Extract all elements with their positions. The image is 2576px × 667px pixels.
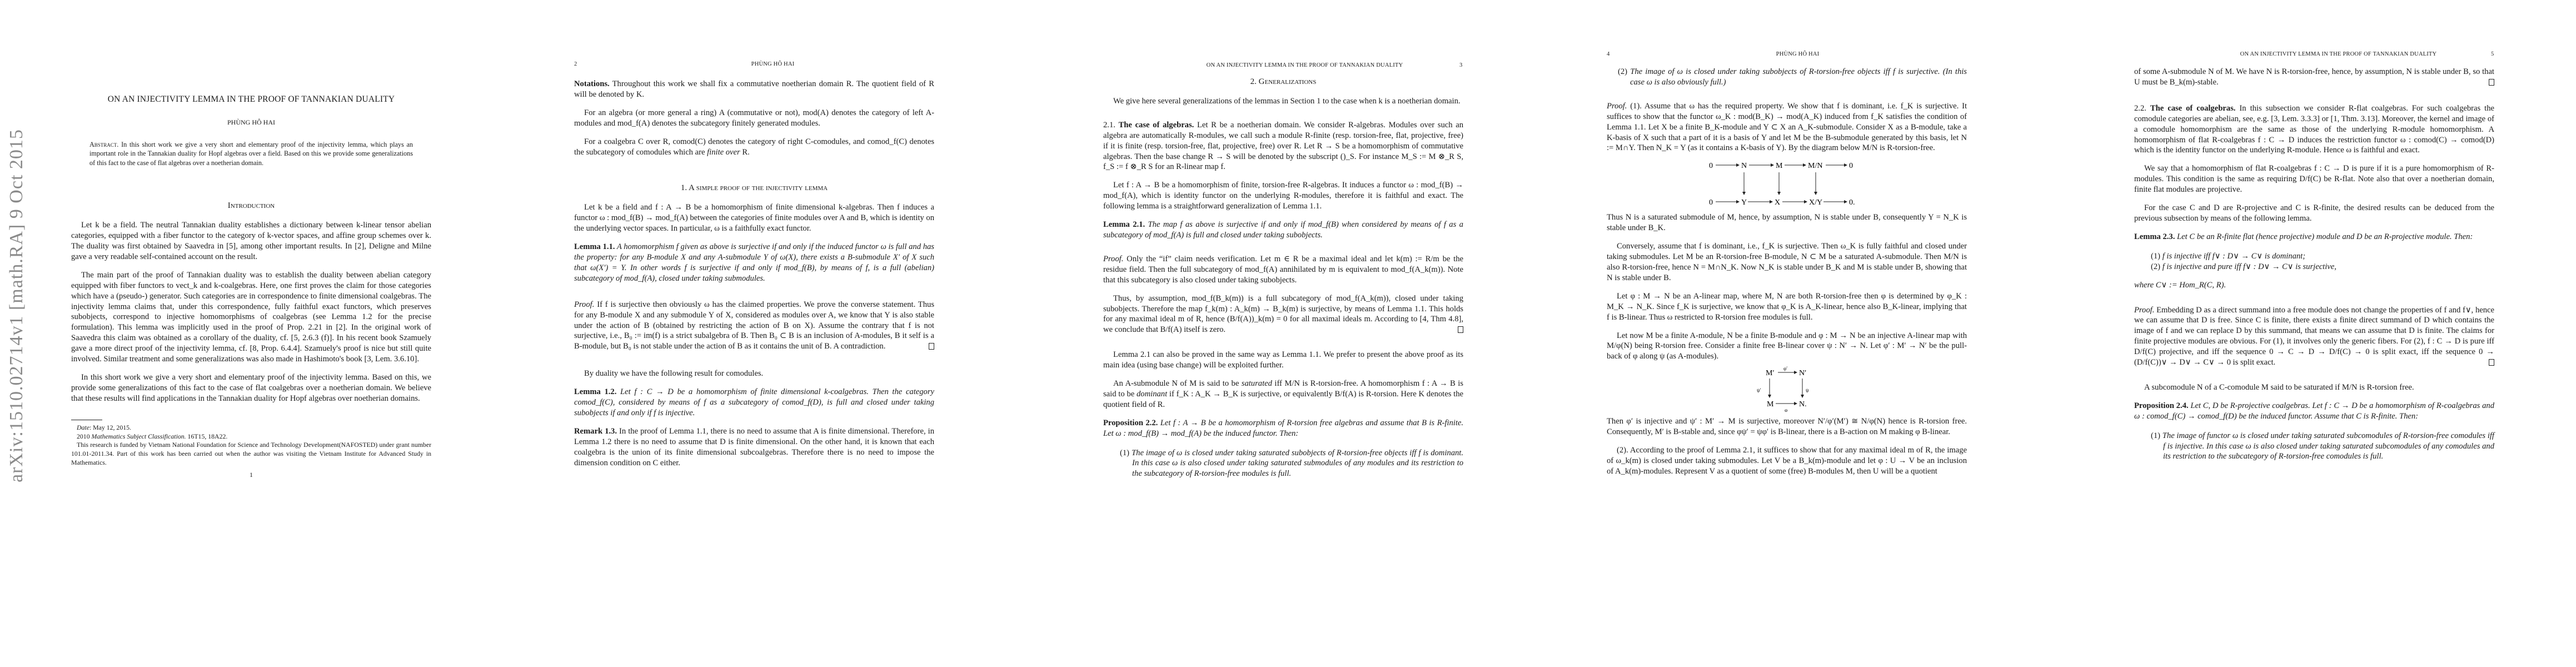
qed-symbol (2489, 79, 2494, 86)
emphasis: saturated (1242, 379, 1272, 388)
part-2-paragraph: (2). According to the proof of Lemma 2.1… (1607, 445, 1967, 477)
text-span: An A-submodule N of M is said to be (1113, 379, 1242, 388)
continued-proof: of some A-submodule N of M. We have N is… (2134, 67, 2494, 88)
let-now-paragraph: Let now M be a finite A-module, N be a f… (1607, 331, 1967, 362)
lemma-statement: Let C be an R-finite flat (hence project… (2175, 232, 2473, 241)
setup-paragraph: Let k be a field and f : A → B be a homo… (574, 202, 934, 234)
page-number: 5 (2491, 51, 2494, 57)
svg-text:0: 0 (1709, 198, 1713, 207)
abstract: Abstract. In this short work we give a v… (89, 140, 413, 168)
arxiv-stamp-text: arXiv:1510.02714v1 [math.RA] 9 Oct 2015 (6, 129, 27, 482)
page-1: arXiv:1510.02714v1 [math.RA] 9 Oct 2015 … (0, 0, 515, 667)
commutative-diagram-pullback: M′ N′ M N. φ′ φ ψ′ ψ (1753, 366, 1820, 412)
pure-definition: We say that a homomorphism of flat R-coa… (2134, 163, 2494, 195)
abstract-label: Abstract. (89, 141, 118, 148)
notations-text: Throughout this work we shall fix a comm… (574, 79, 934, 99)
page-1-body: ON AN INJECTIVITY LEMMA IN THE PROOF OF … (71, 94, 431, 480)
qed-symbol (929, 343, 934, 350)
item-text: f is injective iff f∨ : D∨ → C∨ is domin… (2163, 252, 2305, 261)
subsection-2-1: 2.1. The case of algebras. Let R be a no… (1103, 120, 1463, 173)
footnote-msc: 16T15, 18A22. (186, 432, 228, 440)
running-head-text: ON AN INJECTIVITY LEMMA IN THE PROOF OF … (1064, 62, 1546, 68)
generalizations-intro: We give here several generalizations of … (1103, 96, 1463, 107)
proof-proposition-2-2: Proof. (1). Assume that ω has the requir… (1607, 101, 1967, 154)
page-3-body: 2. Generalizations We give here several … (1103, 77, 1463, 479)
page-3: ON AN INJECTIVITY LEMMA IN THE PROOF OF … (1030, 0, 1546, 667)
abstract-text: In this short work we give a very short … (89, 141, 413, 167)
text-span: R. (740, 148, 750, 157)
svg-text:M/N: M/N (1808, 162, 1822, 170)
running-head-text: PHÙNG HÔ HAI (515, 61, 1030, 67)
lemma-label: Lemma 1.1. (574, 242, 615, 251)
footnote-msc-label: Mathematics Subject Classification. (92, 432, 186, 440)
text-span: For a coalgebra C over R, comod(C) denot… (574, 137, 934, 157)
svg-text:N: N (1741, 162, 1747, 170)
svg-text:N.: N. (1799, 400, 1807, 409)
lemma-2-3: Lemma 2.3. Let C be an R-finite flat (he… (2134, 232, 2494, 242)
item-text: The image of ω is closed under taking sa… (1132, 449, 1463, 479)
svg-text:φ: φ (1785, 407, 1787, 412)
svg-text:M: M (1776, 162, 1783, 170)
svg-text:0: 0 (1849, 162, 1853, 170)
lemma-2-3-item-1: (1) f is injective iff f∨ : D∨ → C∨ is d… (2146, 251, 2494, 262)
section-2-title: 2. Generalizations (1103, 77, 1463, 87)
emphasis: dominant (1137, 390, 1167, 399)
running-head-text: PHÙNG HÔ HAI (1534, 51, 2061, 57)
proof-label: Proof. (574, 300, 594, 309)
svg-text:N′: N′ (1799, 369, 1806, 377)
lemma-2-3-where: where C∨ := Hom_R(C, R). (2134, 280, 2494, 291)
proposition-label: Proposition 2.2. (1103, 419, 1158, 427)
remark-label: Remark 1.3. (574, 427, 617, 436)
page-5-body: of some A-submodule N of M. We have N is… (2134, 67, 2494, 462)
lemma-2-1: Lemma 2.1. The map f as above is surject… (1103, 220, 1463, 241)
intro-paragraph-1: Let k be a field. The neutral Tannakian … (71, 220, 431, 262)
remark-text: In the proof of Lemma 1.1, there is no n… (574, 427, 934, 467)
lemma-2-1-remark: Lemma 2.1 can also be proved in the same… (1103, 350, 1463, 371)
section-introduction-title: Introduction (71, 201, 431, 211)
lemma-statement: The map f as above is surjective if and … (1103, 220, 1463, 240)
notations-paragraph: Notations. Throughout this work we shall… (574, 79, 934, 100)
footnote-date-label: Date (77, 424, 89, 431)
page-5: ON AN INJECTIVITY LEMMA IN THE PROOF OF … (2061, 0, 2576, 667)
proof-label: Proof. (1103, 255, 1123, 263)
duality-paragraph: By duality we have the following result … (574, 369, 934, 379)
projective-case-paragraph: For the case C and D are R-projective an… (2134, 203, 2494, 224)
svg-text:ψ: ψ (1806, 387, 1809, 393)
item-number: (1) (2151, 431, 2160, 440)
section-1-title: 1. A simple proof of the injectivity lem… (574, 183, 934, 193)
svg-text:X: X (1775, 198, 1780, 207)
item-text: The image of ω is closed under taking su… (1630, 67, 1967, 87)
footnote-rule (71, 420, 102, 420)
proposition-2-2-item-2: (2) The image of ω is closed under takin… (1613, 67, 1967, 88)
page-number: 3 (1459, 62, 1462, 68)
footnotes: Date: May 12, 2015. 2010 Mathematics Sub… (71, 424, 431, 467)
emphasis: finite over (707, 148, 740, 157)
proposition-2-4: Proposition 2.4. Let C, D be R-projectiv… (2134, 401, 2494, 422)
lemma-statement: A homomorphism f given as above is surje… (574, 242, 934, 283)
commutative-diagram-exact-sequences: 0 N M M/N 0 0 Y X X/Y 0. (1703, 158, 1870, 208)
proof-text: of some A-submodule N of M. We have N is… (2134, 67, 2494, 87)
subsection-label: The case of coalgebras. (2150, 104, 2236, 113)
item-number: (2) (1618, 67, 1627, 76)
proposition-2-2: Proposition 2.2. Let f : A → B be a homo… (1103, 418, 1463, 439)
proposition-statement: Let C, D be R-projective coalgebras. Let… (2134, 401, 2494, 421)
svg-text:ψ′: ψ′ (1757, 387, 1761, 393)
footnote-msc-year: 2010 (77, 432, 92, 440)
proof-lemma-1-1: Proof. If f is surjective then obviously… (574, 300, 934, 352)
page-2-body: Notations. Throughout this work we shall… (574, 79, 934, 468)
svg-text:φ′: φ′ (1783, 366, 1787, 371)
functor-paragraph: Let f : A → B be a homomorphism of finit… (1103, 180, 1463, 212)
intro-paragraph-2: The main part of the proof of Tannakian … (71, 270, 431, 365)
subsection-label: The case of algebras. (1119, 121, 1194, 130)
phi-paragraph: Let φ : M → N be an A-linear map, where … (1607, 291, 1967, 323)
intro-paragraph-3: In this short work we give a very short … (71, 372, 431, 404)
proof-lemma-2-1: Proof. Only the “if” claim needs verific… (1103, 254, 1463, 286)
lemma-1-1: Lemma 1.1. A homomorphism f given as abo… (574, 242, 934, 284)
page-4: 4 PHÙNG HÔ HAI (2) The image of ω is clo… (1546, 0, 2061, 667)
svg-text:0.: 0. (1849, 198, 1855, 207)
paper-title: ON AN INJECTIVITY LEMMA IN THE PROOF OF … (71, 94, 431, 105)
proposition-label: Proposition 2.4. (2134, 401, 2189, 410)
subsection-number: 2.2. (2134, 104, 2146, 113)
subsection-2-2: 2.2. The case of coalgebras. In this sub… (2134, 103, 2494, 156)
coalgebra-notation-paragraph: For a coalgebra C over R, comod(C) denot… (574, 137, 934, 158)
svg-text:M′: M′ (1766, 369, 1775, 377)
notations-label: Notations. (574, 79, 610, 88)
item-text: f is injective and pure iff f∨ : D∨ → C∨… (2163, 262, 2336, 271)
proof-label: Proof. (2134, 306, 2154, 315)
lemma-2-3-item-2: (2) f is injective and pure iff f∨ : D∨ … (2146, 262, 2494, 272)
item-number: (2) (2151, 262, 2160, 271)
svg-text:M: M (1767, 400, 1774, 409)
page-2: 2 PHÙNG HÔ HAI Notations. Throughout thi… (515, 0, 1030, 667)
then-paragraph: Then φ′ is injective and ψ′ : M′ → M is … (1607, 416, 1967, 437)
page-number: 1 (71, 470, 431, 480)
footnote-funding: This research is funded by Vietnam Natio… (71, 441, 431, 467)
subsection-number: 2.1. (1103, 121, 1115, 130)
proposition-2-4-item-1: (1) The image of functor ω is closed und… (2146, 431, 2494, 462)
svg-text:Y: Y (1741, 198, 1747, 207)
svg-text:0: 0 (1709, 162, 1713, 170)
paper-author: PHÙNG HÔ HAI (71, 117, 431, 128)
lemma-statement: Let f : C → D be a homomorphism of finit… (574, 387, 934, 417)
proof-lemma-2-3: Proof. Embedding D as a direct summand i… (2134, 305, 2494, 368)
item-number: (1) (2151, 252, 2160, 261)
item-text: The image of functor ω is closed under t… (2163, 431, 2494, 461)
proof-label: Proof. (1607, 102, 1627, 111)
footnote-date: : May 12, 2015. (89, 424, 131, 431)
lemma-label: Lemma 2.1. (1103, 220, 1145, 229)
lemma-1-2: Lemma 1.2. Let f : C → D be a homomorphi… (574, 387, 934, 419)
subcomodule-definition: A subcomodule N of a C-comodule M said t… (2134, 382, 2494, 393)
proof-text: If f is surjective then obviously ω has … (574, 300, 934, 351)
lemma-label: Lemma 2.3. (2134, 232, 2175, 241)
conversely-paragraph: Conversely, assume that f is dominant, i… (1607, 241, 1967, 283)
svg-text:X/Y: X/Y (1809, 198, 1822, 207)
proof-lemma-2-1-continued: Thus, by assumption, mod_f(B_k(m)) is a … (1103, 293, 1463, 336)
proof-text: Embedding D as a direct summand into a f… (2134, 306, 2494, 367)
arxiv-stamp: arXiv:1510.02714v1 [math.RA] 9 Oct 2015 (7, 111, 27, 500)
running-head-text: ON AN INJECTIVITY LEMMA IN THE PROOF OF … (2101, 51, 2576, 57)
proposition-statement: Let f : A → B be a homomorphism of R-tor… (1103, 419, 1463, 438)
qed-symbol (2489, 359, 2494, 366)
qed-symbol (1458, 326, 1463, 333)
proposition-2-2-item-1: (1) The image of ω is closed under takin… (1115, 448, 1463, 480)
remark-1-3: Remark 1.3. In the proof of Lemma 1.1, t… (574, 426, 934, 469)
proof-text: Thus, by assumption, mod_f(B_k(m)) is a … (1103, 294, 1463, 335)
page-4-body: (2) The image of ω is closed under takin… (1607, 67, 1967, 477)
thus-paragraph: Thus N is a saturated submodule of M, he… (1607, 212, 1967, 233)
proof-text: (1). Assume that ω has the required prop… (1607, 102, 1967, 153)
proof-text: Only the “if” claim needs verification. … (1103, 255, 1463, 285)
saturated-definition: An A-submodule N of M is said to be satu… (1103, 379, 1463, 410)
lemma-label: Lemma 1.2. (574, 387, 616, 396)
item-number: (1) (1120, 449, 1129, 457)
algebra-notation-paragraph: For an algebra (or more general a ring) … (574, 108, 934, 129)
